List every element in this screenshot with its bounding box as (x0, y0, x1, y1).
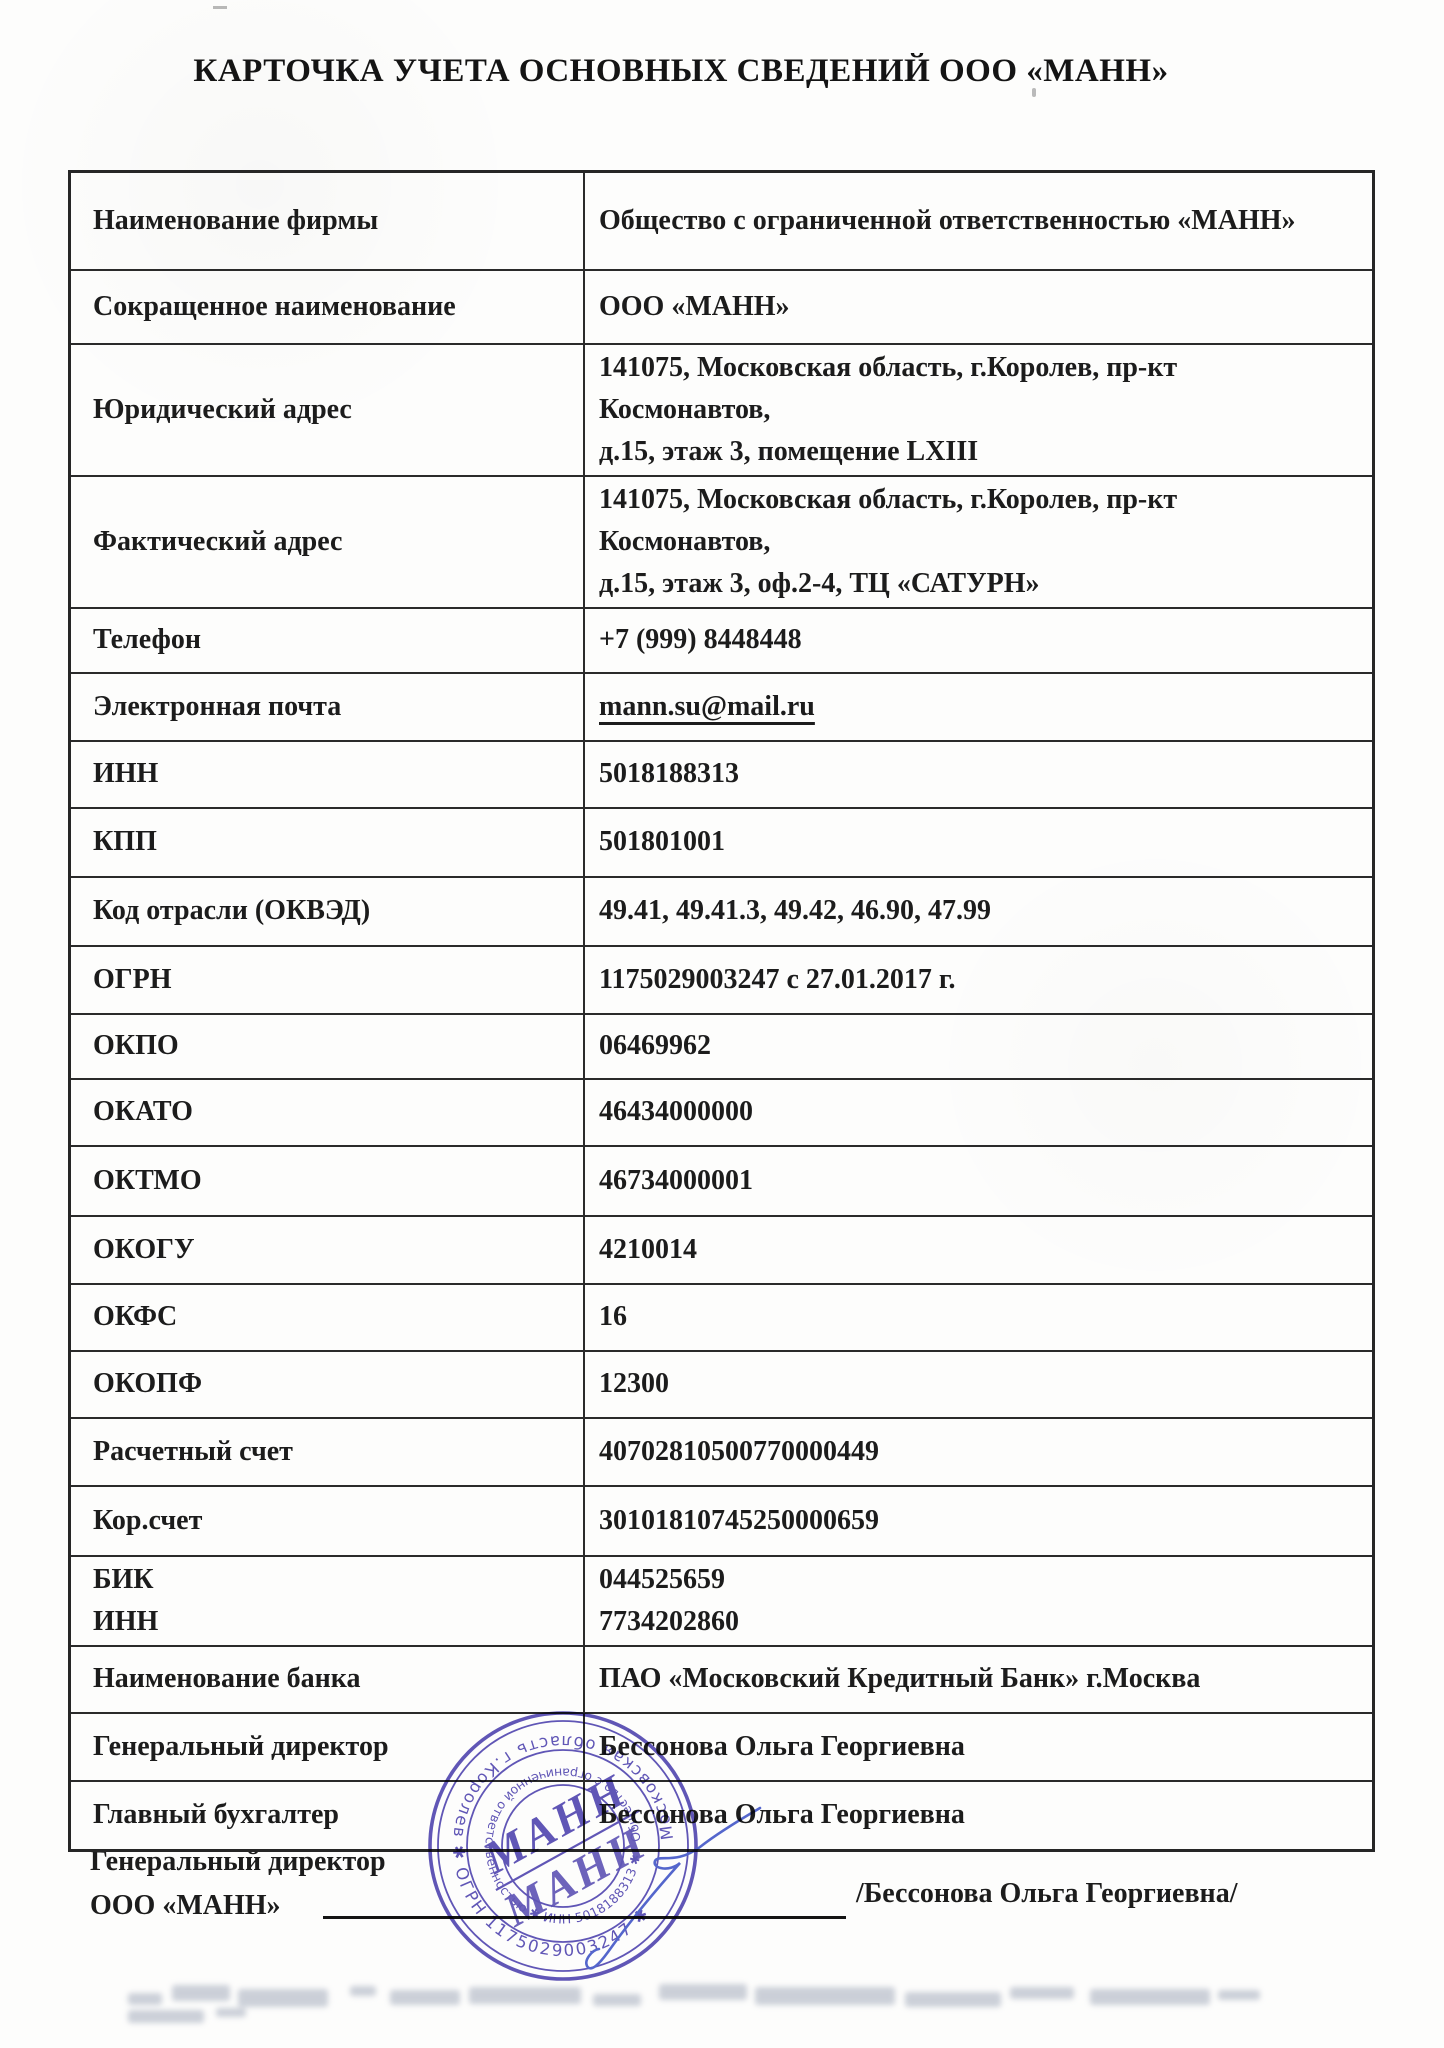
field-label: Расчетный счет (70, 1418, 585, 1486)
bleed-blob (469, 1987, 581, 2004)
field-label: ОКПО (70, 1014, 585, 1079)
field-label: Юридический адрес (70, 344, 585, 476)
field-value: 4210014 (584, 1216, 1374, 1284)
table-row: ОКАТО46434000000 (70, 1079, 1374, 1146)
bleed-blob (238, 1989, 328, 2007)
cell-text: 49.41, 49.41.3, 49.42, 46.90, 47.99 (599, 895, 991, 926)
field-value: 501801001 (584, 808, 1374, 877)
table-row: ОГРН1175029003247 с 27.01.2017 г. (70, 946, 1374, 1014)
cell-text: Телефон (93, 624, 201, 655)
table-row: КПП501801001 (70, 808, 1374, 877)
bleed-blob (350, 1986, 376, 1996)
table-row: Главный бухгалтерБессонова Ольга Георгие… (70, 1781, 1374, 1851)
cell-text: Общество с ограниченной ответственностью… (599, 205, 1296, 236)
cell-text: Сокращенное наименование (93, 291, 456, 322)
field-value: ООО «МАНН» (584, 270, 1374, 344)
field-value: 16 (584, 1284, 1374, 1351)
cell-text: ОКФС (93, 1301, 177, 1332)
cell-text: Электронная почта (93, 691, 341, 722)
bleed-blob (905, 1992, 1001, 2007)
bleed-blob (1218, 1990, 1260, 2000)
field-value: 1175029003247 с 27.01.2017 г. (584, 946, 1374, 1014)
signature-line (323, 1916, 846, 1919)
cell-text: ООО «МАНН» (599, 291, 790, 322)
scan-speck (213, 6, 227, 9)
email-link-text: mann.su@mail.ru (599, 691, 815, 722)
field-label: Код отрасли (ОКВЭД) (70, 877, 585, 946)
cell-text: Кор.счет (93, 1505, 202, 1536)
table-row: Электронная почтаmann.su@mail.ru (70, 673, 1374, 741)
bleed-blob (128, 1993, 162, 2005)
cell-text: 1175029003247 с 27.01.2017 г. (599, 964, 955, 995)
cell-text-line: 141075, Московская область, г.Королев, п… (599, 479, 1348, 563)
table-row: Код отрасли (ОКВЭД)49.41, 49.41.3, 49.42… (70, 877, 1374, 946)
field-label: ОКОГУ (70, 1216, 585, 1284)
field-label: ОКАТО (70, 1079, 585, 1146)
company-info-table: Наименование фирмыОбщество с ограниченно… (68, 170, 1375, 1852)
field-value: Бессонова Ольга Георгиевна (584, 1713, 1374, 1781)
field-label: ОГРН (70, 946, 585, 1014)
bleed-blob (390, 1990, 460, 2005)
cell-text: Наименование банка (93, 1663, 361, 1694)
cell-text: Наименование фирмы (93, 205, 378, 236)
cell-text: 16 (599, 1301, 627, 1332)
cell-text: Бессонова Ольга Георгиевна (599, 1731, 965, 1762)
field-value: 46434000000 (584, 1079, 1374, 1146)
bleed-blob (172, 1985, 230, 2001)
field-label: Сокращенное наименование (70, 270, 585, 344)
table-row: Телефон+7 (999) 8448448 (70, 608, 1374, 673)
field-value: 141075, Московская область, г.Королев, п… (584, 476, 1374, 608)
signature-role-line2: ООО «МАНН» (90, 1890, 281, 1922)
table-row: Наименование банкаПАО «Московский Кредит… (70, 1646, 1374, 1713)
field-value: 30101810745250000659 (584, 1486, 1374, 1556)
field-label: Телефон (70, 608, 585, 673)
cell-text-line: 044525659 (599, 1559, 1348, 1601)
field-value: ПАО «Московский Кредитный Банк» г.Москва (584, 1646, 1374, 1713)
field-label: ОКФС (70, 1284, 585, 1351)
cell-text-line: 7734202860 (599, 1601, 1348, 1643)
field-value: 06469962 (584, 1014, 1374, 1079)
cell-text: 4210014 (599, 1234, 697, 1265)
table-row: Генеральный директорБессонова Ольга Геор… (70, 1713, 1374, 1781)
cell-text: 06469962 (599, 1030, 711, 1061)
field-value: +7 (999) 8448448 (584, 608, 1374, 673)
bleed-blob (755, 1987, 895, 2005)
cell-text-line: д.15, этаж 3, помещение LXIII (599, 431, 1348, 473)
cell-text: ОКОГУ (93, 1234, 195, 1265)
bleed-through-artifact (128, 1986, 1313, 2020)
table-row: Юридический адрес141075, Московская обла… (70, 344, 1374, 476)
cell-text: ОКОПФ (93, 1368, 202, 1399)
document-title: КАРТОЧКА УЧЕТА ОСНОВНЫХ СВЕДЕНИЙ ООО «МА… (0, 53, 1362, 90)
table-row: ОКОПФ12300 (70, 1351, 1374, 1418)
cell-text: ИНН (93, 758, 158, 789)
table-row: ОКПО06469962 (70, 1014, 1374, 1079)
field-label: ИНН (70, 741, 585, 808)
cell-text: 46734000001 (599, 1165, 753, 1196)
cell-text: 40702810500770000449 (599, 1436, 879, 1467)
bleed-blob (1090, 1989, 1210, 2005)
cell-text: Фактический адрес (93, 526, 342, 557)
table-row: ОКТМО46734000001 (70, 1146, 1374, 1216)
scan-speck (1032, 88, 1036, 97)
cell-text: 30101810745250000659 (599, 1505, 879, 1536)
cell-text: Расчетный счет (93, 1436, 293, 1467)
field-value: 0445256597734202860 (584, 1556, 1374, 1646)
cell-text: ОГРН (93, 964, 171, 995)
field-value: 46734000001 (584, 1146, 1374, 1216)
field-value: 141075, Московская область, г.Королев, п… (584, 344, 1374, 476)
table-row: БИКИНН0445256597734202860 (70, 1556, 1374, 1646)
cell-text: 501801001 (599, 826, 725, 857)
signature-name: /Бессонова Ольга Георгиевна/ (856, 1878, 1237, 1910)
table-row: Расчетный счет40702810500770000449 (70, 1418, 1374, 1486)
field-value: Бессонова Ольга Георгиевна (584, 1781, 1374, 1851)
cell-text-line: ИНН (93, 1601, 573, 1643)
cell-text: ОКПО (93, 1030, 179, 1061)
field-value: 49.41, 49.41.3, 49.42, 46.90, 47.99 (584, 877, 1374, 946)
table-row: Сокращенное наименованиеООО «МАНН» (70, 270, 1374, 344)
field-value: Общество с ограниченной ответственностью… (584, 172, 1374, 270)
field-label: Фактический адрес (70, 476, 585, 608)
table-row: ОКФС16 (70, 1284, 1374, 1351)
table-row: Фактический адрес141075, Московская обла… (70, 476, 1374, 608)
cell-text: Генеральный директор (93, 1731, 389, 1762)
field-value: 12300 (584, 1351, 1374, 1418)
field-value: 5018188313 (584, 741, 1374, 808)
cell-text: Код отрасли (ОКВЭД) (93, 895, 370, 926)
cell-text-line: д.15, этаж 3, оф.2-4, ТЦ «САТУРН» (599, 563, 1348, 605)
table-row: ОКОГУ4210014 (70, 1216, 1374, 1284)
table-row: Наименование фирмыОбщество с ограниченно… (70, 172, 1374, 270)
bleed-blob (593, 1994, 641, 2006)
info-table-body: Наименование фирмыОбщество с ограниченно… (70, 172, 1374, 1851)
field-label: Главный бухгалтер (70, 1781, 585, 1851)
field-label: КПП (70, 808, 585, 877)
cell-text: ПАО «Московский Кредитный Банк» г.Москва (599, 1663, 1200, 1694)
field-value: mann.su@mail.ru (584, 673, 1374, 741)
bleed-blob (659, 1984, 747, 2000)
cell-text: Юридический адрес (93, 394, 352, 425)
cell-text: Бессонова Ольга Георгиевна (599, 1799, 965, 1830)
bleed-blob (1010, 1987, 1074, 1999)
field-label: Генеральный директор (70, 1713, 585, 1781)
field-label: ОКТМО (70, 1146, 585, 1216)
bleed-blob (128, 2010, 204, 2023)
cell-text: 46434000000 (599, 1096, 753, 1127)
table-row: ИНН5018188313 (70, 741, 1374, 808)
cell-text-line: 141075, Московская область, г.Королев, п… (599, 347, 1348, 431)
cell-text: 12300 (599, 1368, 669, 1399)
cell-text: ОКТМО (93, 1165, 202, 1196)
cell-text: 5018188313 (599, 758, 739, 789)
field-label: ОКОПФ (70, 1351, 585, 1418)
field-label: БИКИНН (70, 1556, 585, 1646)
field-label: Электронная почта (70, 673, 585, 741)
field-label: Кор.счет (70, 1486, 585, 1556)
field-value: 40702810500770000449 (584, 1418, 1374, 1486)
cell-text: Главный бухгалтер (93, 1799, 339, 1830)
cell-text-line: БИК (93, 1559, 573, 1601)
cell-text: +7 (999) 8448448 (599, 624, 802, 655)
cell-text: ОКАТО (93, 1096, 193, 1127)
field-label: Наименование фирмы (70, 172, 585, 270)
bleed-blob (216, 2008, 246, 2017)
cell-text: КПП (93, 826, 157, 857)
field-label: Наименование банка (70, 1646, 585, 1713)
table-row: Кор.счет30101810745250000659 (70, 1486, 1374, 1556)
